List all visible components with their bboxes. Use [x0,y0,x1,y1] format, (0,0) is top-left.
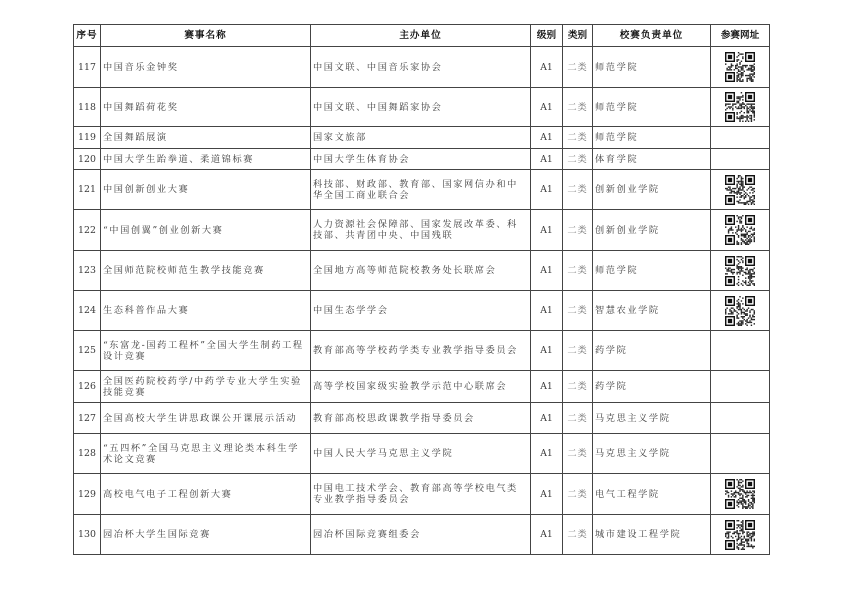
cell-school-unit: 师范学院 [593,88,711,127]
cell-category: 二类 [563,515,593,555]
cell-name: 全国高校大学生讲思政课公开课展示活动 [101,403,311,434]
cell-website [711,434,770,474]
table-row: 126 全国医药院校药学/中药学专业大学生实验技能竞赛 高等学校国家级实验教学示… [74,371,770,403]
cell-organizer: 中国人民大学马克思主义学院 [311,434,531,474]
cell-website [711,127,770,149]
qr-code-icon[interactable] [725,175,755,205]
cell-category: 二类 [563,474,593,515]
table-row: 119 全国舞蹈展演 国家文旅部 A1 二类 师范学院 [74,127,770,149]
cell-level: A1 [531,403,563,434]
cell-level: A1 [531,331,563,371]
table-row: 121 中国创新创业大赛 科技部、财政部、教育部、国家网信办和中华全国工商业联合… [74,170,770,210]
cell-school-unit: 马克思主义学院 [593,403,711,434]
table-row: 124 生态科普作品大赛 中国生态学学会 A1 二类 智慧农业学院 [74,291,770,331]
cell-level: A1 [531,47,563,88]
cell-organizer: 中国文联、中国音乐家协会 [311,47,531,88]
header-school-unit: 校赛负责单位 [593,25,711,47]
cell-school-unit: 创新创业学院 [593,210,711,251]
cell-website [711,88,770,127]
header-row: 序号 赛事名称 主办单位 级别 类别 校赛负责单位 参赛网址 [74,25,770,47]
cell-no: 118 [74,88,101,127]
cell-name: 中国创新创业大赛 [101,170,311,210]
cell-category: 二类 [563,88,593,127]
cell-school-unit: 药学院 [593,371,711,403]
cell-website [711,403,770,434]
table-row: 122 “中国创翼”创业创新大赛 人力资源社会保障部、国家发展改革委、科技部、共… [74,210,770,251]
cell-organizer: 中国文联、中国舞蹈家协会 [311,88,531,127]
cell-level: A1 [531,88,563,127]
cell-organizer: 高等学校国家级实验教学示范中心联席会 [311,371,531,403]
cell-name: 高校电气电子工程创新大赛 [101,474,311,515]
cell-level: A1 [531,474,563,515]
cell-level: A1 [531,127,563,149]
table-row: 129 高校电气电子工程创新大赛 中国电工技术学会、教育部高等学校电气类专业教学… [74,474,770,515]
cell-organizer: 园冶杯国际竞赛组委会 [311,515,531,555]
cell-no: 117 [74,47,101,88]
cell-category: 二类 [563,210,593,251]
cell-name: 全国医药院校药学/中药学专业大学生实验技能竞赛 [101,371,311,403]
cell-no: 119 [74,127,101,149]
cell-level: A1 [531,434,563,474]
cell-school-unit: 马克思主义学院 [593,434,711,474]
cell-name: “中国创翼”创业创新大赛 [101,210,311,251]
cell-name: “东富龙-国药工程杯”全国大学生制药工程设计竞赛 [101,331,311,371]
cell-no: 125 [74,331,101,371]
cell-no: 124 [74,291,101,331]
table-row: 120 中国大学生跆拳道、柔道锦标赛 中国大学生体育协会 A1 二类 体育学院 [74,149,770,170]
table-row: 123 全国师范院校师范生教学技能竞赛 全国地方高等师范院校教务处长联席会 A1… [74,251,770,291]
header-name: 赛事名称 [101,25,311,47]
cell-organizer: 全国地方高等师范院校教务处长联席会 [311,251,531,291]
cell-organizer: 国家文旅部 [311,127,531,149]
cell-name: 全国舞蹈展演 [101,127,311,149]
qr-code-icon[interactable] [725,92,755,122]
cell-website [711,515,770,555]
cell-category: 二类 [563,291,593,331]
cell-website [711,170,770,210]
header-website: 参赛网址 [711,25,770,47]
table-row: 125 “东富龙-国药工程杯”全国大学生制药工程设计竞赛 教育部高等学校药学类专… [74,331,770,371]
cell-level: A1 [531,371,563,403]
cell-no: 129 [74,474,101,515]
cell-school-unit: 城市建设工程学院 [593,515,711,555]
cell-website [711,210,770,251]
table-row: 130 园冶杯大学生国际竞赛 园冶杯国际竞赛组委会 A1 二类 城市建设工程学院 [74,515,770,555]
cell-school-unit: 师范学院 [593,47,711,88]
cell-website [711,291,770,331]
qr-code-icon[interactable] [725,479,755,509]
cell-level: A1 [531,515,563,555]
cell-name: 中国舞蹈荷花奖 [101,88,311,127]
cell-website [711,149,770,170]
cell-website [711,47,770,88]
cell-level: A1 [531,291,563,331]
competition-table: 序号 赛事名称 主办单位 级别 类别 校赛负责单位 参赛网址 117 中国音乐金… [73,24,770,555]
cell-category: 二类 [563,403,593,434]
cell-name: 全国师范院校师范生教学技能竞赛 [101,251,311,291]
cell-school-unit: 师范学院 [593,251,711,291]
cell-name: 生态科普作品大赛 [101,291,311,331]
cell-organizer: 教育部高校思政课教学指导委员会 [311,403,531,434]
cell-school-unit: 智慧农业学院 [593,291,711,331]
qr-code-icon[interactable] [725,256,755,286]
cell-category: 二类 [563,371,593,403]
cell-school-unit: 师范学院 [593,127,711,149]
cell-no: 122 [74,210,101,251]
cell-category: 二类 [563,331,593,371]
cell-organizer: 教育部高等学校药学类专业教学指导委员会 [311,331,531,371]
cell-category: 二类 [563,149,593,170]
cell-name: 中国大学生跆拳道、柔道锦标赛 [101,149,311,170]
cell-school-unit: 体育学院 [593,149,711,170]
qr-code-icon[interactable] [725,296,755,326]
cell-category: 二类 [563,127,593,149]
qr-code-icon[interactable] [725,52,755,82]
cell-no: 127 [74,403,101,434]
cell-level: A1 [531,149,563,170]
cell-organizer: 人力资源社会保障部、国家发展改革委、科技部、共青团中央、中国残联 [311,210,531,251]
cell-website [711,474,770,515]
cell-category: 二类 [563,170,593,210]
cell-school-unit: 创新创业学院 [593,170,711,210]
cell-organizer: 中国生态学学会 [311,291,531,331]
cell-name: 园冶杯大学生国际竞赛 [101,515,311,555]
table-row: 118 中国舞蹈荷花奖 中国文联、中国舞蹈家协会 A1 二类 师范学院 [74,88,770,127]
cell-organizer: 中国电工技术学会、教育部高等学校电气类专业教学指导委员会 [311,474,531,515]
header-no: 序号 [74,25,101,47]
cell-website [711,251,770,291]
cell-website [711,331,770,371]
cell-organizer: 科技部、财政部、教育部、国家网信办和中华全国工商业联合会 [311,170,531,210]
cell-no: 123 [74,251,101,291]
cell-category: 二类 [563,251,593,291]
cell-no: 120 [74,149,101,170]
table-row: 127 全国高校大学生讲思政课公开课展示活动 教育部高校思政课教学指导委员会 A… [74,403,770,434]
cell-organizer: 中国大学生体育协会 [311,149,531,170]
qr-code-icon[interactable] [725,215,755,245]
header-organizer: 主办单位 [311,25,531,47]
cell-school-unit: 药学院 [593,331,711,371]
cell-level: A1 [531,251,563,291]
header-level: 级别 [531,25,563,47]
cell-no: 121 [74,170,101,210]
cell-no: 128 [74,434,101,474]
cell-category: 二类 [563,47,593,88]
cell-name: 中国音乐金钟奖 [101,47,311,88]
cell-level: A1 [531,170,563,210]
cell-category: 二类 [563,434,593,474]
cell-level: A1 [531,210,563,251]
cell-no: 126 [74,371,101,403]
qr-code-icon[interactable] [725,520,755,550]
cell-website [711,371,770,403]
cell-school-unit: 电气工程学院 [593,474,711,515]
header-category: 类别 [563,25,593,47]
table-row: 117 中国音乐金钟奖 中国文联、中国音乐家协会 A1 二类 师范学院 [74,47,770,88]
cell-no: 130 [74,515,101,555]
table-row: 128 “五四杯”全国马克思主义理论类本科生学术论文竞赛 中国人民大学马克思主义… [74,434,770,474]
cell-name: “五四杯”全国马克思主义理论类本科生学术论文竞赛 [101,434,311,474]
